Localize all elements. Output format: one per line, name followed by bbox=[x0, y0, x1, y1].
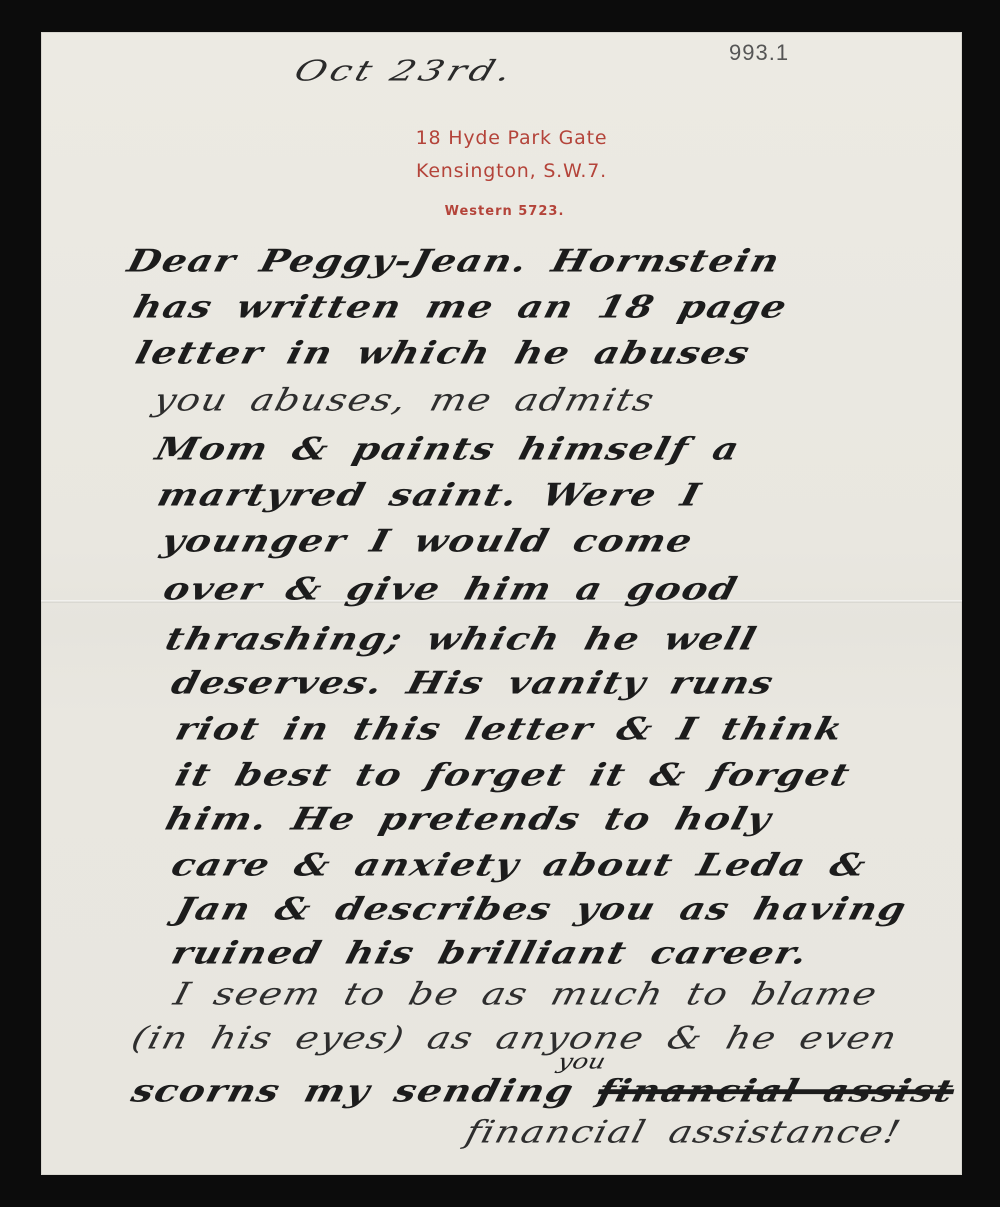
letter-line-text: scorns my sending bbox=[128, 1072, 579, 1109]
letter-line: Jan & describes you as having bbox=[172, 890, 911, 927]
letter-sheet: 993.1 Oct 23rd. 18 Hyde Park Gate Kensin… bbox=[41, 32, 962, 1175]
letter-line: letter in which he abuses bbox=[132, 334, 755, 371]
letter-line: financial assistance! bbox=[462, 1114, 905, 1150]
letterhead-phone-text: Western 5723. bbox=[445, 204, 565, 219]
letter-line: martyred saint. Were I bbox=[154, 476, 706, 513]
letter-line: thrashing; which he well bbox=[162, 620, 762, 657]
archive-number: 993.1 bbox=[729, 40, 789, 66]
letter-line: (in his eyes) as anyone & he even bbox=[128, 1020, 902, 1056]
letter-line: Dear Peggy-Jean. Hornstein bbox=[124, 242, 785, 279]
letterhead-street: 18 Hyde Park Gate bbox=[41, 127, 962, 149]
letter-line: over & give him a good bbox=[160, 570, 742, 607]
letter-line: I seem to be as much to blame bbox=[170, 976, 882, 1012]
letter-line: scorns my sending financial assist bbox=[128, 1072, 959, 1109]
struck-through-text: financial assist bbox=[594, 1072, 959, 1109]
letter-line: has written me an 18 page bbox=[130, 288, 792, 325]
letter-line: deserves. His vanity runs bbox=[168, 664, 778, 701]
letter-line: younger I would come bbox=[158, 522, 698, 559]
letter-line: care & anxiety about Leda & bbox=[168, 846, 871, 883]
letter-line: ruined his brilliant career. bbox=[168, 934, 813, 971]
letterhead-city-text: Kensington, S.W.7. bbox=[416, 160, 607, 182]
letter-line: riot in this letter & I think bbox=[172, 710, 848, 747]
letter-line: Mom & paints himself a bbox=[152, 430, 744, 467]
letter-date: Oct 23rd. bbox=[290, 54, 519, 87]
letter-line: it best to forget it & forget bbox=[172, 756, 855, 793]
letter-line: him. He pretends to holy bbox=[162, 800, 776, 837]
letterhead-city: Kensington, S.W.7. bbox=[41, 160, 962, 182]
insertion-word: you bbox=[555, 1050, 608, 1074]
letterhead-phone: Western 5723. bbox=[41, 204, 962, 219]
letterhead-street-text: 18 Hyde Park Gate bbox=[416, 127, 608, 149]
letter-line: you abuses, me admits bbox=[150, 382, 659, 418]
